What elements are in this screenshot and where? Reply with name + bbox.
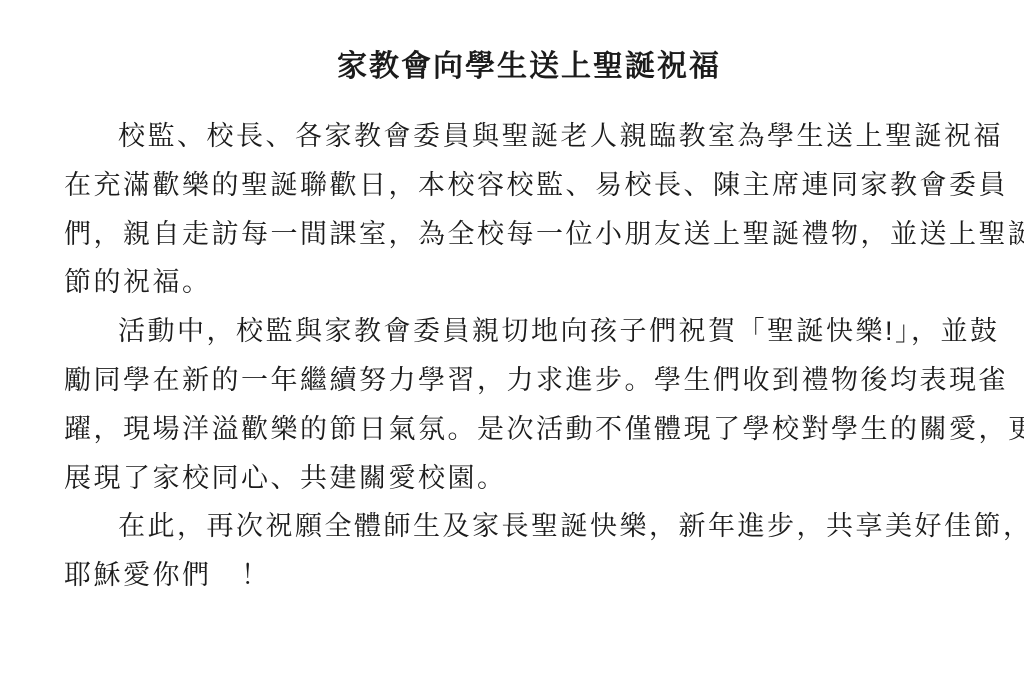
- body-line: 勵同學在新的一年繼續努力學習，力求進步。學生們收到禮物後均表現雀: [64, 356, 994, 405]
- body-line: 在充滿歡樂的聖誕聯歡日，本校容校監、易校長、陳主席連同家教會委員: [64, 161, 994, 210]
- body-line: 在此，再次祝願全體師生及家長聖誕快樂，新年進步，共享美好佳節，: [64, 502, 994, 551]
- body-line: 躍，現場洋溢歡樂的節日氣氛。是次活動不僅體現了學校對學生的關愛，更: [64, 405, 994, 454]
- document-page: 家教會向學生送上聖誕祝福 校監、校長、各家教會委員與聖誕老人親臨教室為學生送上聖…: [0, 0, 1024, 682]
- document-title: 家教會向學生送上聖誕祝福: [64, 49, 994, 85]
- body-line: 活動中，校監與家教會委員親切地向孩子們祝賀「聖誕快樂!」，並鼓: [64, 307, 994, 356]
- document-body: 校監、校長、各家教會委員與聖誕老人親臨教室為學生送上聖誕祝福 在充滿歡樂的聖誕聯…: [64, 112, 994, 600]
- body-line: 展現了家校同心、共建關愛校園。: [64, 454, 994, 503]
- body-line: 耶穌愛你們 ！: [64, 551, 994, 600]
- body-line: 校監、校長、各家教會委員與聖誕老人親臨教室為學生送上聖誕祝福: [64, 112, 994, 161]
- body-line: 節的祝福。: [64, 258, 994, 307]
- body-line: 們，親自走訪每一間課室，為全校每一位小朋友送上聖誕禮物，並送上聖誕: [64, 210, 994, 259]
